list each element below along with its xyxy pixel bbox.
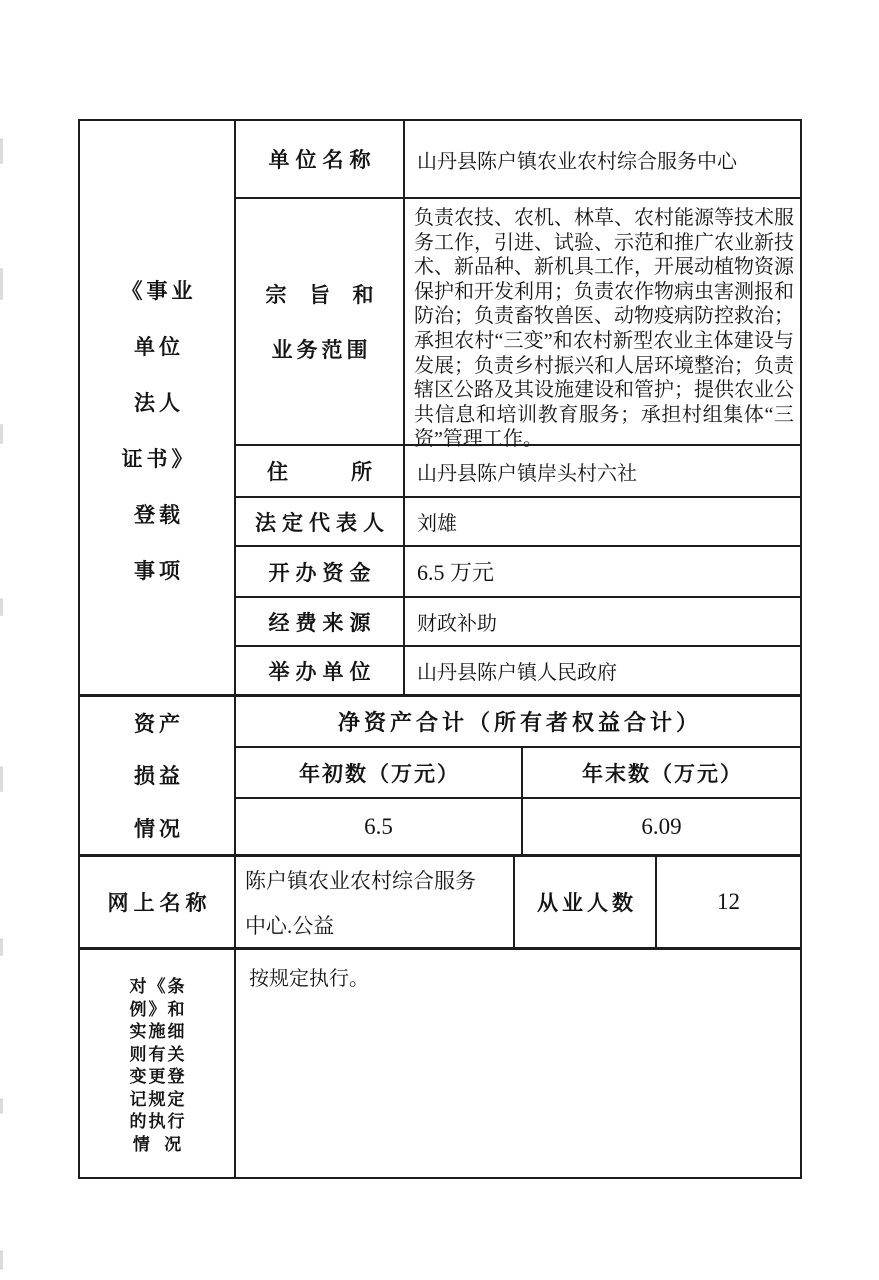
- compliance-value: 按规定执行。: [236, 950, 800, 1177]
- purpose-scope-value: 负责农技、农机、林草、农村能源等技术服务工作，引进、试验、示范和推广农业新技术、…: [405, 199, 800, 446]
- scan-artifact: [0, 268, 3, 300]
- net-assets-header: 净资产合计（所有者权益合计）: [236, 697, 800, 748]
- year-end-header: 年末数（万元）: [523, 748, 800, 799]
- side-label-line: 证书》: [118, 430, 197, 486]
- side-label-line: 变更登: [128, 1064, 187, 1087]
- side-label-line: 例》和: [128, 996, 187, 1019]
- online-name-value-line: 中心.公益: [245, 902, 334, 947]
- year-start-header: 年初数（万元）: [236, 748, 523, 799]
- side-label-line: 损益: [130, 749, 184, 801]
- staff-count-value: 12: [657, 857, 800, 950]
- side-label-line: 对《条: [128, 974, 187, 997]
- scan-artifact: [0, 1098, 3, 1114]
- year-end-value: 6.09: [523, 799, 800, 857]
- certificate-side-label: 《事业 单位 法人 证书》 登载 事项: [80, 121, 236, 697]
- legal-representative-value: 刘雄: [405, 498, 800, 547]
- scan-artifact: [0, 424, 3, 444]
- side-label-line: 的执行: [128, 1109, 187, 1132]
- scan-artifact: [0, 598, 3, 616]
- side-label-line: 单位: [130, 318, 184, 374]
- organizer-value: 山丹县陈户镇人民政府: [405, 647, 800, 697]
- organizer-label: 举办单位: [236, 647, 405, 697]
- unit-name-value: 山丹县陈户镇农业农村综合服务中心: [405, 121, 800, 199]
- scan-artifact: [0, 1250, 3, 1270]
- assets-side-label: 资产 损益 情况: [80, 697, 236, 857]
- side-label-line: 则有关: [128, 1041, 187, 1064]
- opening-funds-value: 6.5 万元: [405, 547, 800, 598]
- address-value: 山丹县陈户镇岸头村六社: [405, 446, 800, 498]
- scan-artifact: [0, 766, 3, 792]
- scan-artifact: [0, 938, 3, 956]
- purpose-scope-label-line: 业务范围: [268, 322, 372, 377]
- side-label-line: 情 况: [131, 1131, 184, 1154]
- purpose-scope-label-line: 宗 旨 和: [262, 267, 378, 322]
- side-label-line: 实施细: [128, 1019, 187, 1042]
- funding-source-label: 经费来源: [236, 598, 405, 647]
- unit-name-label: 单位名称: [236, 121, 405, 199]
- side-label-line: 登载: [130, 486, 184, 542]
- scan-artifact: [0, 138, 3, 164]
- side-label-line: 记规定: [128, 1086, 187, 1109]
- registration-info-table: 《事业 单位 法人 证书》 登载 事项 单位名称 山丹县陈户镇农业农村综合服务中…: [78, 119, 802, 1179]
- side-label-line: 情况: [130, 802, 184, 854]
- staff-count-label: 从业人数: [515, 857, 657, 950]
- year-start-value: 6.5: [236, 799, 523, 857]
- purpose-scope-label: 宗 旨 和 业务范围: [236, 199, 405, 446]
- funding-source-value: 财政补助: [405, 598, 800, 647]
- opening-funds-label: 开办资金: [236, 547, 405, 598]
- legal-representative-label: 法定代表人: [236, 498, 405, 547]
- side-label-line: 事项: [130, 542, 184, 598]
- side-label-line: 法人: [130, 374, 184, 430]
- compliance-side-label: 对《条 例》和 实施细 则有关 变更登 记规定 的执行 情 况: [80, 950, 236, 1177]
- side-label-line: 资产: [130, 697, 184, 749]
- online-name-value-line: 陈户镇农业农村综合服务: [245, 857, 476, 902]
- document-page: 《事业 单位 法人 证书》 登载 事项 单位名称 山丹县陈户镇农业农村综合服务中…: [0, 0, 879, 1280]
- side-label-line: 《事业: [118, 262, 197, 318]
- address-label: 住 所: [236, 446, 405, 498]
- online-name-label: 网上名称: [80, 857, 236, 950]
- online-name-value: 陈户镇农业农村综合服务 中心.公益: [236, 857, 515, 950]
